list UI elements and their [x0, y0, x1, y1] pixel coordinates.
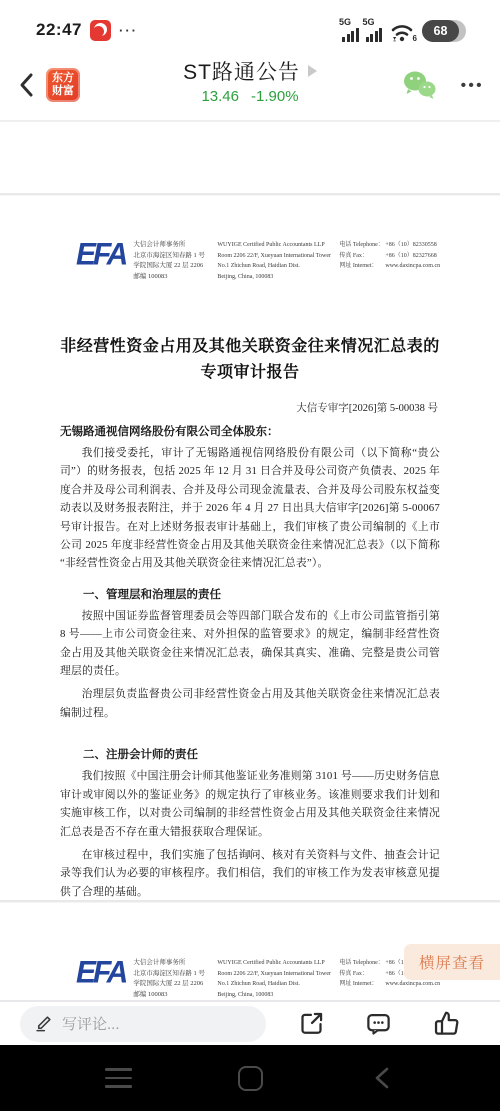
landscape-view-button[interactable]: 横屏查看	[404, 944, 500, 980]
thumbs-up-icon	[433, 1010, 460, 1037]
back-button[interactable]	[16, 65, 42, 105]
nav-recents-button[interactable]	[90, 1068, 146, 1088]
expand-triangle-icon	[308, 65, 317, 77]
report-number: 大信专审字[2026]第 5-00038 号	[0, 400, 500, 415]
report-addressee: 无锡路通视信网络股份有限公司全体股东：	[60, 423, 440, 439]
section-1-title: 一、管理层和治理层的责任	[60, 586, 440, 602]
page-title: ST路通公告	[183, 56, 300, 86]
comments-button[interactable]	[365, 1010, 392, 1037]
eastmoney-logo[interactable]: 东方 财富	[46, 68, 80, 102]
battery-indicator: 68	[422, 20, 466, 42]
wifi6-label: 6	[413, 34, 417, 43]
back-chevron-icon	[372, 1064, 392, 1092]
phone-screen: 22:47 ··· 5G 5G 6	[0, 0, 500, 1111]
signal-icon-sim1: 5G	[342, 18, 359, 42]
stock-price: 13.46	[201, 88, 239, 105]
page-number: - 1 -	[0, 849, 500, 860]
share-button[interactable]	[298, 1010, 325, 1037]
report-paragraph: 按照中国证券监督管理委员会等四部门联合发布的《上市公司监管指引第 8 号——上市…	[60, 607, 440, 681]
comment-bubble-icon	[365, 1010, 392, 1037]
letterhead-cn-address: 大信会计师事务所 北京市海淀区知春路 1 号 学院国际大厦 22 层 2206 …	[133, 240, 217, 282]
network-type-label: 5G	[363, 17, 375, 27]
share-icon	[298, 1010, 325, 1037]
daxin-logo: EFA	[76, 239, 125, 271]
more-menu-button[interactable]: •••	[461, 77, 484, 94]
report-paragraph: 我们按照《中国注册会计师其他鉴证业务准则第 3101 号——历史财务信息审计或审…	[60, 767, 440, 841]
wechat-share-button[interactable]	[401, 69, 437, 101]
letterhead: EFA 大信会计师事务所 北京市海淀区知春路 1 号 学院国际大厦 22 层 2…	[76, 240, 486, 282]
battery-percent: 68	[434, 24, 448, 38]
notification-app-icon	[90, 20, 111, 41]
android-nav-bar	[0, 1045, 500, 1111]
network-type-label: 5G	[339, 17, 351, 27]
report-body: 无锡路通视信网络股份有限公司全体股东： 我们接受委托，审计了无锡路通视信网络股份…	[0, 423, 500, 901]
status-bar: 22:47 ··· 5G 5G 6	[0, 0, 500, 50]
clock: 22:47	[36, 20, 82, 40]
letterhead-en-address: WUYIGE Certified Public Accountants LLP …	[217, 240, 339, 282]
stock-change: -1.90%	[251, 88, 299, 105]
letterhead-en-address: WUYIGE Certified Public Accountants LLP …	[217, 958, 339, 1000]
like-button[interactable]	[433, 1010, 460, 1037]
section-2-title: 二、注册会计师的责任	[60, 746, 440, 762]
comment-input[interactable]: 写评论...	[20, 1006, 266, 1042]
letterhead-contacts: 电话 Telephone：+86（10）82330558 传真 Fax：+86（…	[339, 240, 486, 272]
logo-text-top: 东方	[52, 72, 74, 85]
page-break-line	[0, 193, 500, 196]
nav-home-button[interactable]	[222, 1066, 278, 1091]
wechat-icon	[401, 69, 437, 101]
daxin-logo: EFA	[76, 957, 125, 989]
page-break-line	[0, 900, 500, 903]
report-title: 非经营性资金占用及其他关联资金往来情况汇总表的 专项审计报告	[0, 334, 500, 386]
home-icon	[238, 1066, 263, 1091]
letterhead-cn-address: 大信会计师事务所 北京市海淀区知春路 1 号 学院国际大厦 22 层 2206 …	[133, 958, 217, 1000]
document-viewer[interactable]: EFA 大信会计师事务所 北京市海淀区知春路 1 号 学院国际大厦 22 层 2…	[0, 122, 500, 1000]
app-header: 东方 财富 ST路通公告 13.46-1.90%	[0, 50, 500, 122]
menu-icon	[105, 1068, 132, 1088]
back-icon	[16, 70, 38, 100]
wifi-icon: 6	[389, 18, 415, 42]
nav-back-button[interactable]	[354, 1064, 410, 1092]
report-paragraph: 我们接受委托，审计了无锡路通视信网络股份有限公司（以下简称“贵公司”）的财务报表…	[60, 444, 440, 573]
more-notifications-icon: ···	[119, 23, 138, 38]
comment-placeholder: 写评论...	[62, 1013, 120, 1034]
report-paragraph: 治理层负责监督贵公司非经营性资金占用及其他关联资金往来情况汇总表编制过程。	[60, 685, 440, 722]
comment-bar: 写评论...	[0, 1000, 500, 1045]
signal-icon-sim2: 5G	[366, 18, 383, 42]
logo-text-bottom: 财富	[52, 85, 74, 98]
pencil-icon	[34, 1014, 53, 1033]
